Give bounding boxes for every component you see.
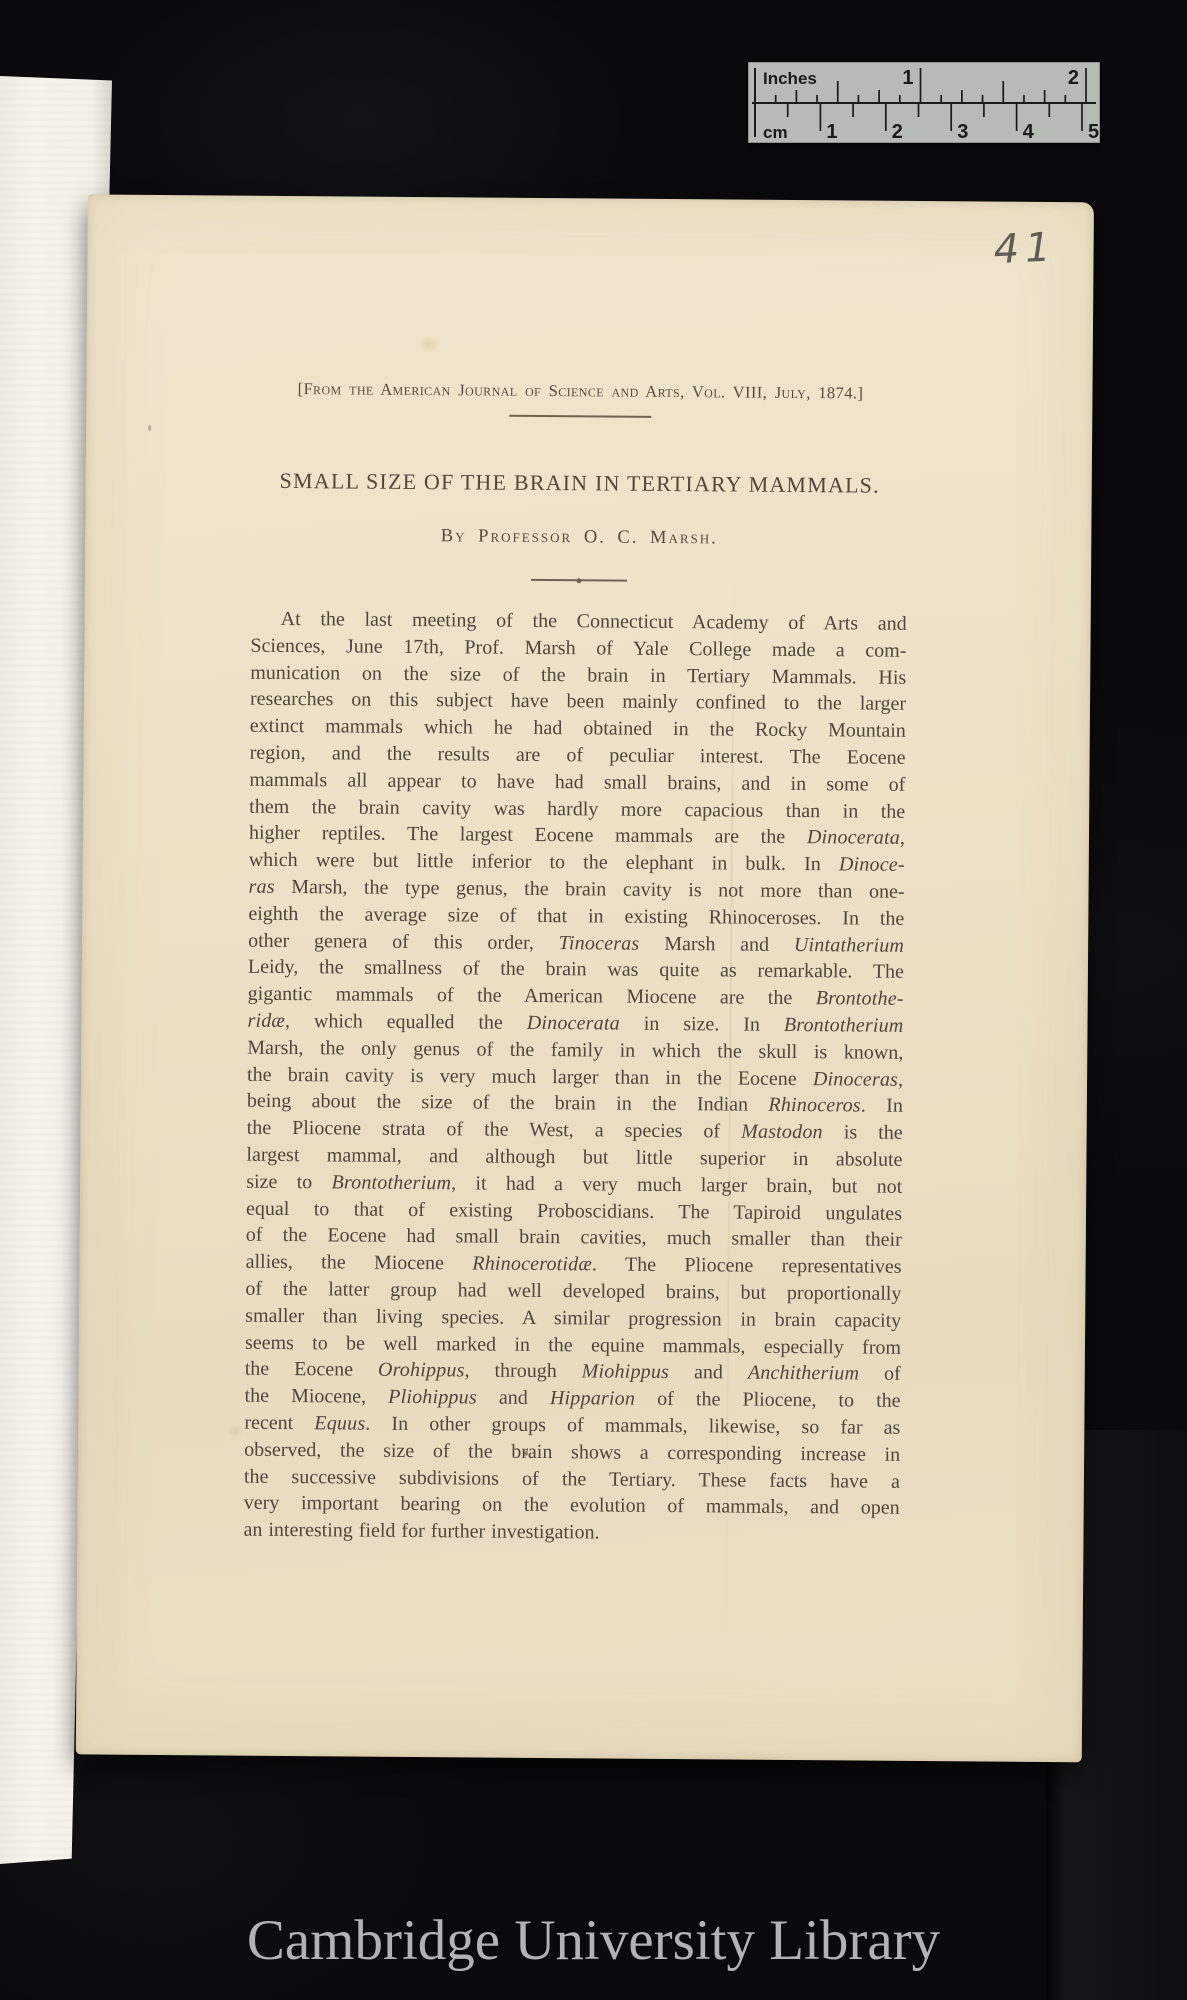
author-byline: By Professor O. C. Marsh. <box>251 525 907 551</box>
svg-text:2: 2 <box>1068 67 1079 89</box>
measurement-ruler: 12Inches12345cm <box>748 62 1100 143</box>
page-content: [From the American Journal of Science an… <box>254 196 910 201</box>
offprint-page: 41 [From the American Journal of Science… <box>76 194 1094 1762</box>
svg-text:cm: cm <box>763 123 788 142</box>
svg-text:2: 2 <box>892 121 903 143</box>
svg-text:4: 4 <box>1023 121 1035 143</box>
svg-text:5: 5 <box>1088 121 1099 143</box>
ink-speck <box>148 425 151 431</box>
library-watermark: Cambridge University Library <box>0 1908 1187 1973</box>
article-title: SMALL SIZE OF THE BRAIN IN TERTIARY MAMM… <box>252 468 908 499</box>
svg-text:Inches: Inches <box>763 69 817 88</box>
svg-text:1: 1 <box>902 67 913 89</box>
byline-rule <box>531 579 627 582</box>
ruler-scale-graphic: 12Inches12345cm <box>748 62 1100 143</box>
library-scan-photo: 12Inches12345cm 41 [From the American Jo… <box>0 0 1187 2000</box>
foxing-stain <box>417 335 441 353</box>
journal-source-line: [From the American Journal of Science an… <box>252 379 908 404</box>
svg-text:1: 1 <box>826 121 837 143</box>
header-rule <box>509 415 651 418</box>
article-body: At the last meeting of the Connecticut A… <box>243 606 906 1549</box>
handwritten-folio-number: 41 <box>993 224 1058 273</box>
foxing-stain <box>226 1424 244 1438</box>
body-line: an interesting field for further investi… <box>243 1517 899 1549</box>
svg-text:3: 3 <box>957 121 968 143</box>
